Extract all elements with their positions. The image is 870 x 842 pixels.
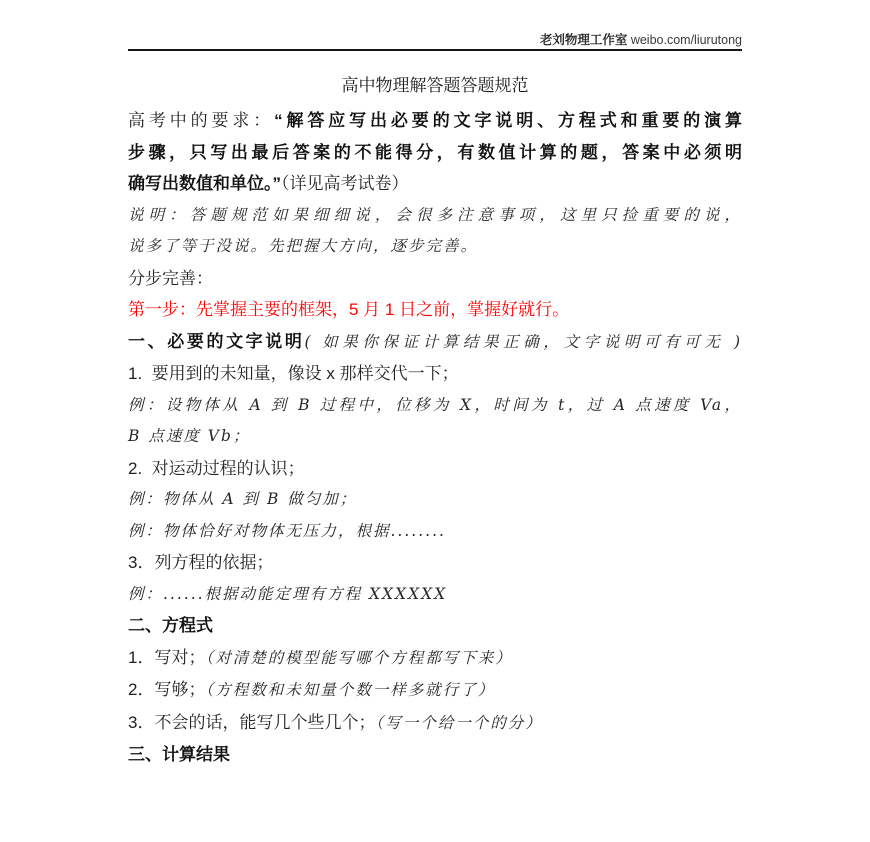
section2-heading-text: 二、方程式 — [128, 616, 213, 635]
section3-heading-text: 三、计算结果 — [128, 745, 230, 764]
section2-item2-text: 2．写够； — [128, 680, 205, 699]
section2-item3-text: 3．不会的话，能写几个些几个； — [128, 713, 375, 732]
section2-item1-note: （对清楚的模型能写哪个方程都写下来） — [205, 649, 512, 667]
section2-heading: 二、方程式 — [128, 610, 742, 642]
section1-item3: 3．列方程的依据； — [128, 547, 742, 579]
section1-example2: 例：物体从 A 到 B 做匀加； — [128, 484, 742, 516]
section1-heading-text: 一、必要的文字说明 — [128, 332, 305, 351]
document-title: 高中物理解答题答题规范 — [128, 70, 742, 101]
requirement-lead: 高考中的要求： — [128, 111, 274, 130]
watermark: 老刘物理工作室 weibo.com/liurutong — [540, 32, 742, 48]
section1-example1-line2: B 点速度 Vb； — [128, 421, 742, 453]
steps-label: 分步完善： — [128, 263, 742, 295]
requirement-quote-part3: 确写出数值和单位。” — [128, 174, 281, 193]
section1-example4: 例：......根据动能定理有方程 XXXXXX — [128, 579, 742, 611]
section1-heading: 一、必要的文字说明( 如果你保证计算结果正确，文字说明可有可无 ) — [128, 326, 742, 359]
watermark-studio-name: 老刘物理工作室 — [540, 33, 628, 47]
section2-item3-note: （写一个给一个的分） — [375, 714, 542, 732]
section2-item3: 3．不会的话，能写几个些几个；（写一个给一个的分） — [128, 707, 742, 740]
note-line2: 说多了等于没说。先把握大方向，逐步完善。 — [128, 231, 742, 263]
note-line1: 说明：答题规范如果细细说，会很多注意事项，这里只捡重要的说， — [128, 200, 742, 232]
document-background: { "header": { "studio": "老刘物理工作室", "url"… — [0, 0, 870, 842]
section1-item2: 2. 对运动过程的认识； — [128, 453, 742, 485]
section1-example1-line1: 例：设物体从 A 到 B 过程中，位移为 X，时间为 t，过 A 点速度 Va， — [128, 390, 742, 422]
section1-example3: 例：物体恰好对物体无压力，根据........ — [128, 516, 742, 548]
requirement-quote-part2: 步骤，只写出最后答案的不能得分，有数值计算的题，答案中必须明 — [128, 143, 742, 162]
exam-requirement-line1: 高考中的要求：“解答应写出必要的文字说明、方程式和重要的演算 — [128, 105, 742, 137]
requirement-quote-part1: “解答应写出必要的文字说明、方程式和重要的演算 — [274, 111, 742, 130]
section1-item1: 1. 要用到的未知量，像设 x 那样交代一下； — [128, 358, 742, 390]
requirement-see-note: （详见高考试卷） — [281, 174, 409, 193]
section1-heading-note: ( 如果你保证计算结果正确，文字说明可有可无 ) — [305, 333, 742, 351]
document-body: 高中物理解答题答题规范 高考中的要求：“解答应写出必要的文字说明、方程式和重要的… — [128, 70, 742, 771]
header-divider — [128, 49, 742, 51]
exam-requirement-line2: 步骤，只写出最后答案的不能得分，有数值计算的题，答案中必须明 — [128, 137, 742, 169]
section2-item2: 2．写够；（方程数和未知量个数一样多就行了） — [128, 674, 742, 707]
exam-requirement-line3: 确写出数值和单位。”（详见高考试卷） — [128, 168, 742, 200]
section2-item2-note: （方程数和未知量个数一样多就行了） — [205, 681, 495, 699]
document-page: 老刘物理工作室 weibo.com/liurutong 高中物理解答题答题规范 … — [128, 0, 742, 842]
watermark-url: weibo.com/liurutong — [627, 33, 742, 47]
section3-heading: 三、计算结果 — [128, 739, 742, 771]
step1-highlight-line: 第一步：先掌握主要的框架，5 月 1 日之前，掌握好就行。 — [128, 294, 742, 326]
section2-item1-text: 1．写对； — [128, 648, 205, 667]
section2-item1: 1．写对；（对清楚的模型能写哪个方程都写下来） — [128, 642, 742, 675]
